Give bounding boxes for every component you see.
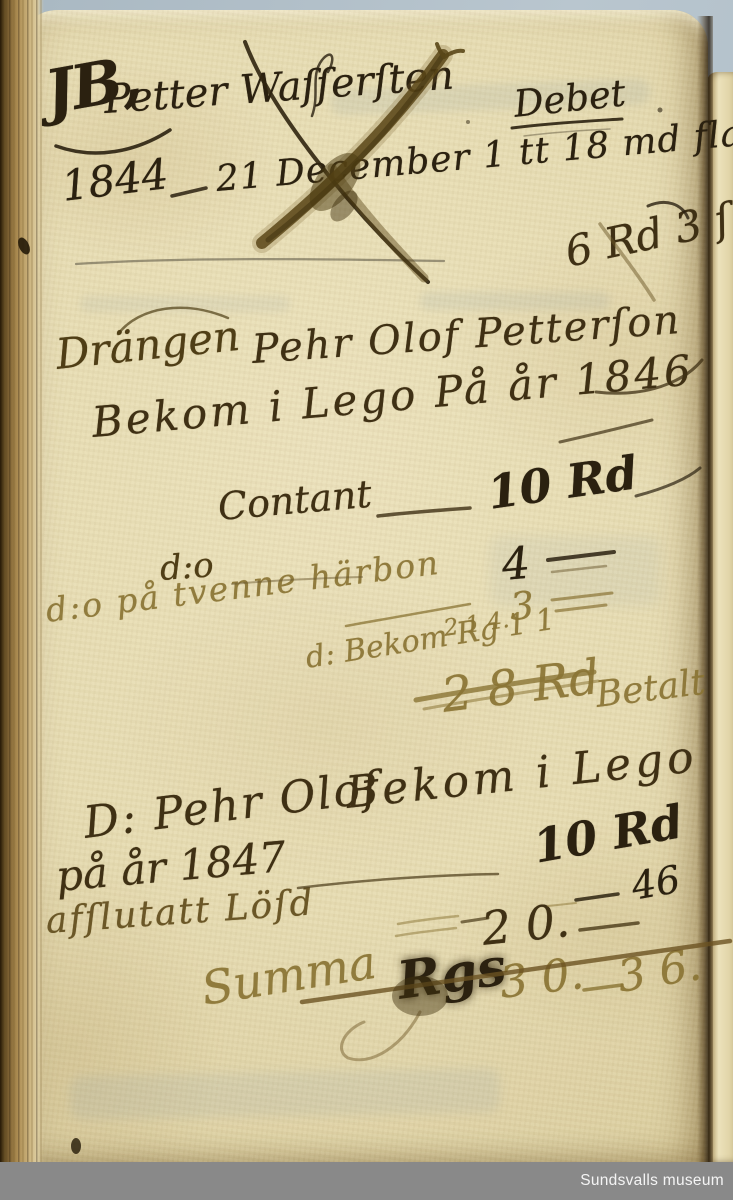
ink-showthrough bbox=[70, 1068, 501, 1119]
museum-credit-label: Sundsvalls museum bbox=[580, 1172, 724, 1190]
handwriting-summa-rdr: 3 0. bbox=[497, 952, 586, 1006]
ledger-photo-screenshot: JB, Petter Waſſerſten Debet 1844 21 Dece… bbox=[0, 0, 733, 1200]
page-stack-edge bbox=[0, 0, 44, 1162]
ink-showthrough bbox=[80, 296, 290, 312]
photo-area: JB, Petter Waſſerſten Debet 1844 21 Dece… bbox=[0, 0, 733, 1162]
handwriting-debet-label: Debet bbox=[512, 74, 627, 123]
handwriting-summa-currency: Rgs bbox=[394, 941, 509, 1008]
credit-bar: Sundsvalls museum bbox=[0, 1162, 733, 1200]
handwriting-summa-skilling: 3 6. bbox=[615, 943, 705, 1000]
handwriting-dito-amount: 4 bbox=[500, 542, 532, 588]
handwriting-1847-skilling: 46 bbox=[629, 860, 683, 906]
handwriting-1844-year: 1844 bbox=[59, 153, 170, 208]
